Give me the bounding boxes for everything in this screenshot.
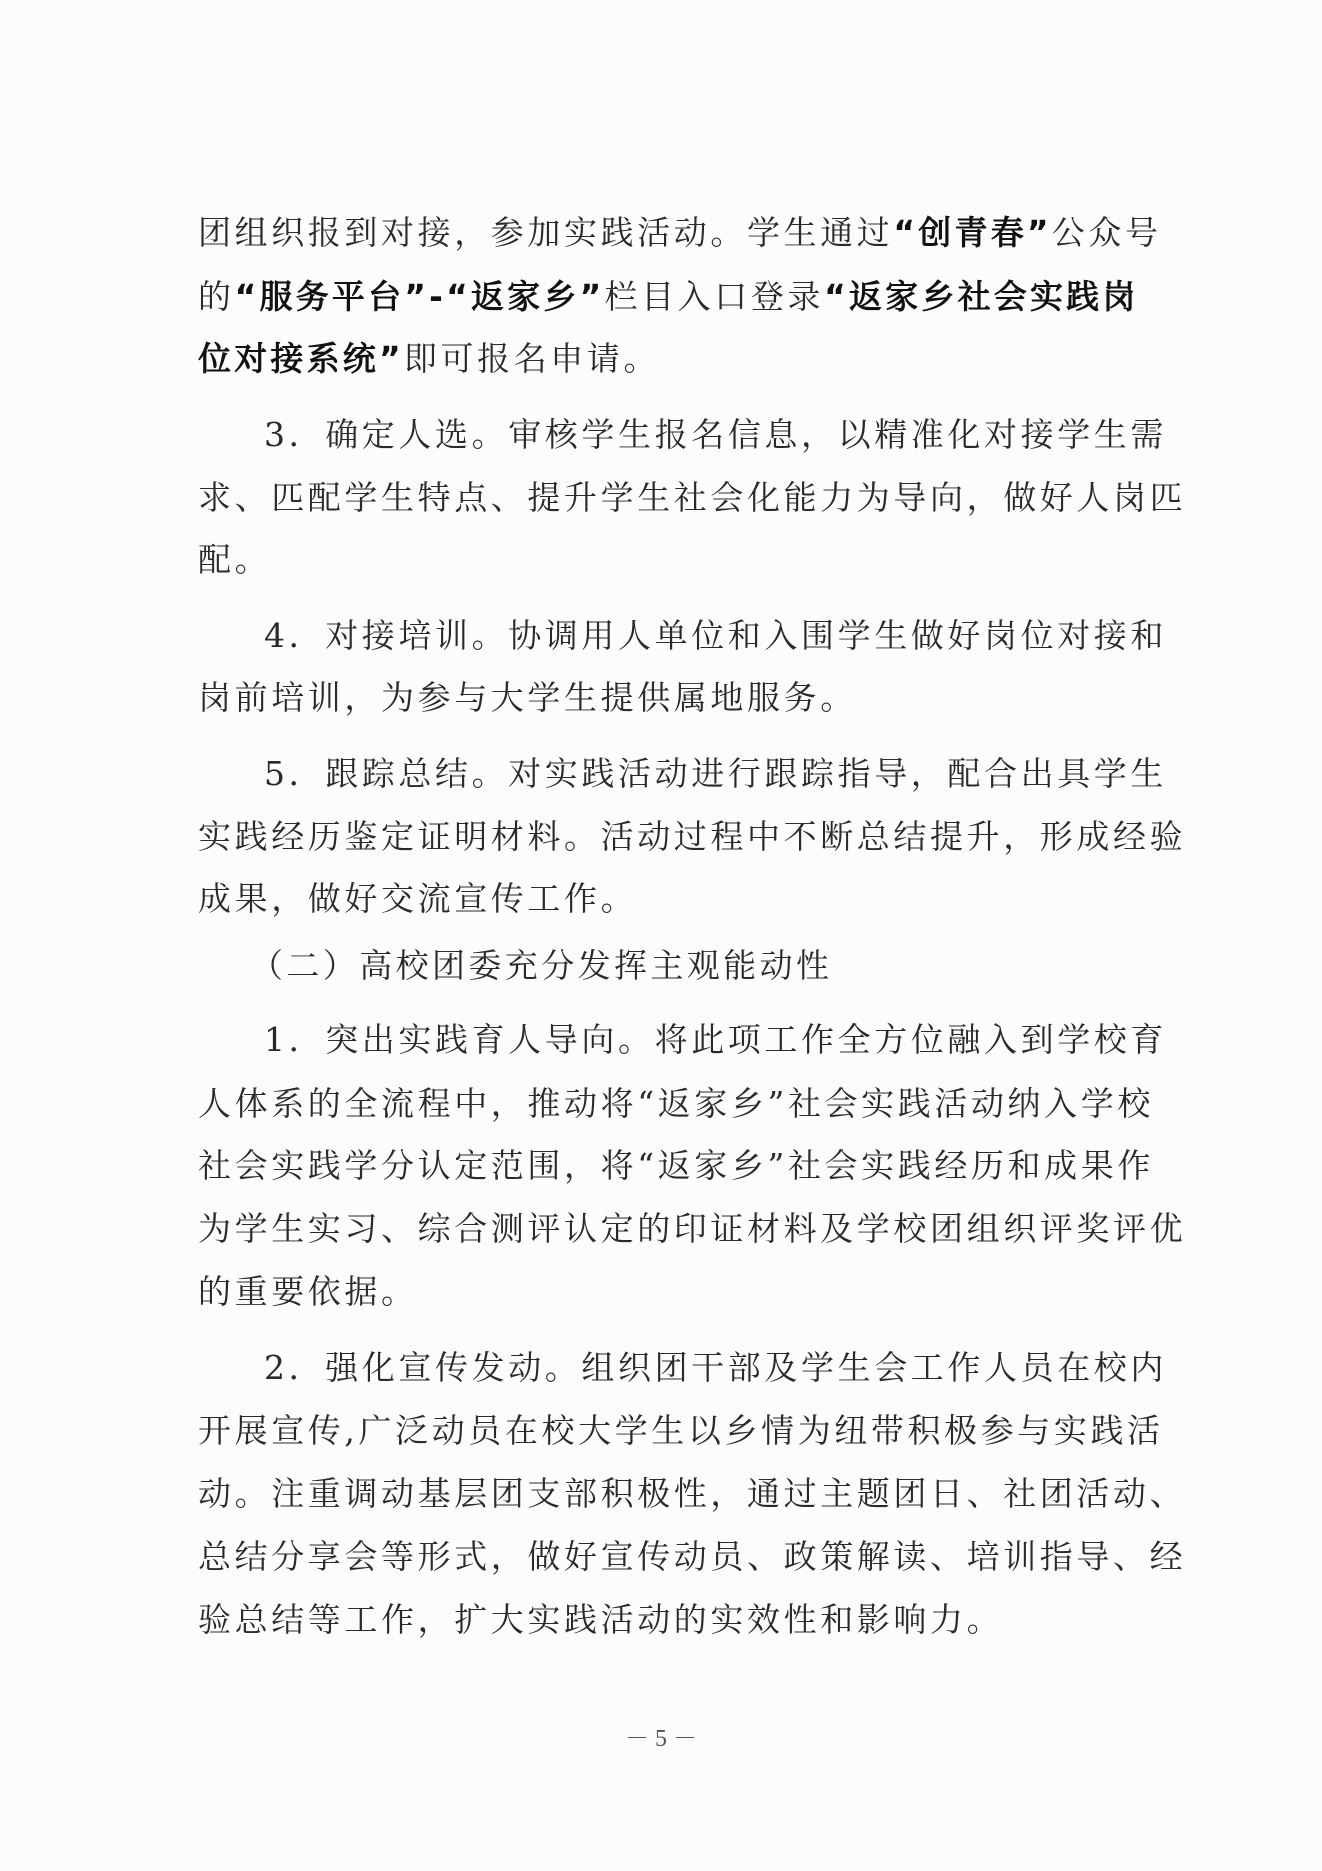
bold-text-run: “服务平台”-“返家乡” [235, 277, 605, 316]
paragraph-line: 位对接系统”即可报名申请。 [198, 337, 1138, 381]
paragraph-line: 动。注重调动基层团支部积极性，通过主题团日、社团活动、 [198, 1472, 1138, 1516]
paragraph-line: 成果，做好交流宣传工作。 [198, 877, 1138, 921]
paragraph-line: 配。 [198, 538, 1138, 582]
paragraph-line: 团组织报到对接，参加实践活动。学生通过“创青春”公众号 [198, 211, 1138, 255]
paragraph-line: 岗前培训，为参与大学生提供属地服务。 [198, 676, 1138, 720]
paragraph-line: 的重要依据。 [198, 1270, 1138, 1314]
item-2-line: 2．强化宣传发动。组织团干部及学生会工作人员在校内 [264, 1346, 1138, 1390]
paragraph-line: 求、匹配学生特点、提升学生社会化能力为导向，做好人岗匹 [198, 476, 1138, 520]
text-run: 即可报名申请。 [404, 339, 660, 378]
paragraph-line: 人体系的全流程中，推动将“返家乡”社会实践活动纳入学校 [198, 1082, 1138, 1126]
text-run: 的 [198, 277, 235, 316]
document-page: 团组织报到对接，参加实践活动。学生通过“创青春”公众号 的“服务平台”-“返家乡… [0, 0, 1322, 1871]
item-3-line: 3．确定人选。审核学生报名信息，以精准化对接学生需 [264, 413, 1138, 457]
text-run: 团组织报到对接，参加实践活动。学生通过 [198, 213, 893, 252]
text-run: 公众号 [1052, 213, 1162, 252]
text-run: 栏目入口登录 [604, 277, 824, 316]
section-heading: （二）高校团委充分发挥主观能动性 [250, 944, 1124, 988]
bold-text-run: 位对接系统” [198, 339, 404, 378]
paragraph-line: 开展宣传,广泛动员在校大学生以乡情为纽带积极参与实践活 [198, 1409, 1138, 1453]
paragraph-line: 总结分享会等形式，做好宣传动员、政策解读、培训指导、经 [198, 1535, 1138, 1579]
paragraph-line: 为学生实习、综合测评认定的印证材料及学校团组织评奖评优 [198, 1207, 1138, 1251]
page-number: － 5 － [0, 1718, 1322, 1753]
paragraph-line: 验总结等工作，扩大实践活动的实效性和影响力。 [198, 1598, 1138, 1642]
item-5-line: 5．跟踪总结。对实践活动进行跟踪指导，配合出具学生 [264, 752, 1138, 796]
item-1-line: 1．突出实践育人导向。将此项工作全方位融入到学校育 [264, 1018, 1138, 1062]
paragraph-line: 实践经历鉴定证明材料。活动过程中不断总结提升，形成经验 [198, 815, 1138, 859]
paragraph-line: 的“服务平台”-“返家乡”栏目入口登录“返家乡社会实践岗 [198, 275, 1138, 319]
item-4-line: 4．对接培训。协调用人单位和入围学生做好岗位对接和 [264, 614, 1138, 658]
paragraph-line: 社会实践学分认定范围，将“返家乡”社会实践经历和成果作 [198, 1144, 1138, 1188]
bold-text-run: “返家乡社会实践岗 [824, 277, 1139, 316]
bold-text-run: “创青春” [893, 213, 1051, 252]
